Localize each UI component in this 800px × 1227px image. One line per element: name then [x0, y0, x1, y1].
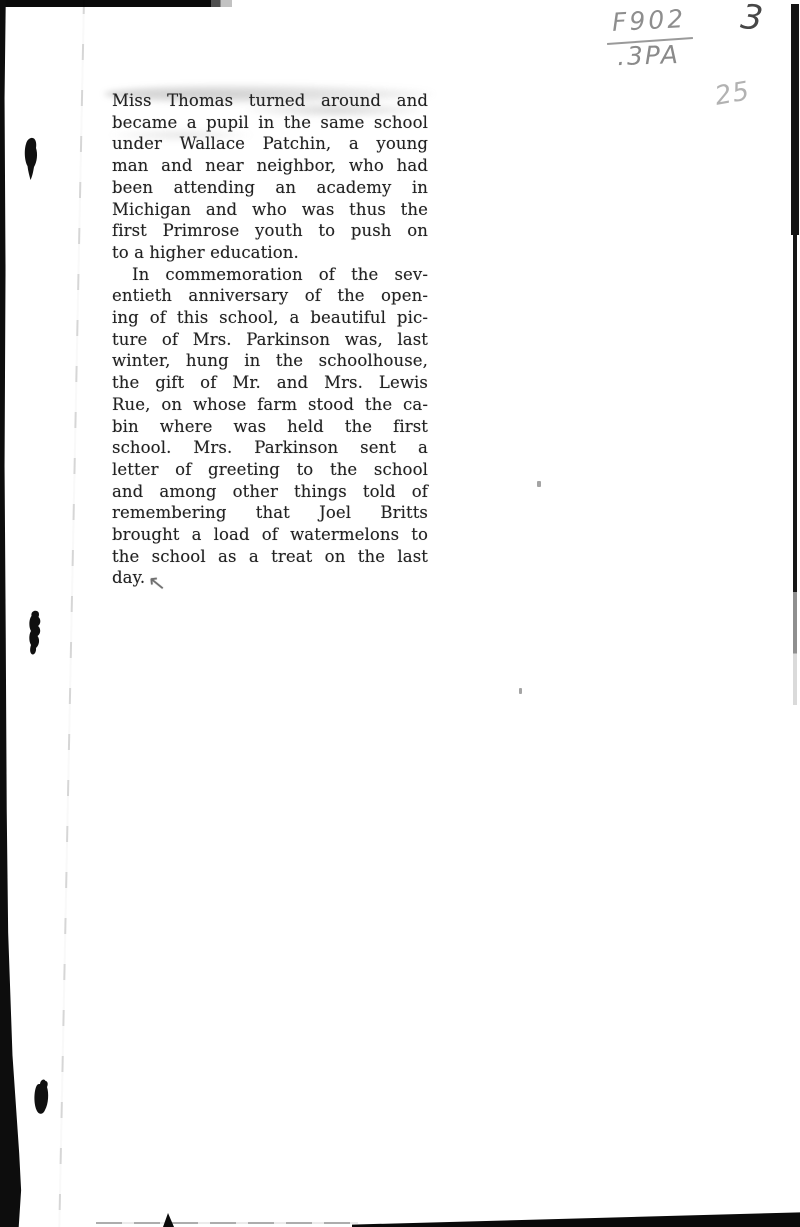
- clipping-line: ing of this school, a beautiful pic-: [112, 307, 428, 329]
- clipping-line: letter of greeting to the school: [112, 459, 428, 481]
- clipping-line: ture of Mrs. Parkinson was, last: [112, 329, 428, 351]
- clipping-line: been attending an academy in: [112, 177, 428, 199]
- ink-blob-bottom-icon: [31, 1077, 51, 1119]
- paper-speck: [537, 481, 541, 487]
- clipping-line: became a pupil in the same school: [112, 112, 428, 134]
- clipping-line: first Primrose youth to push on: [112, 220, 428, 242]
- ink-blob-top-icon: [21, 136, 41, 182]
- handwritten-page-number: 3: [739, 0, 765, 39]
- clipping-text: Miss Thomas turned around andbecame a pu…: [112, 90, 428, 589]
- scan-edge-top: [0, 0, 232, 7]
- clipping-line: remembering that Joel Britts: [112, 502, 428, 524]
- clipping-line: and among other things told of: [112, 481, 428, 503]
- clipping-line: bin where was held the first: [112, 416, 428, 438]
- clipping-line: the school as a treat on the last: [112, 546, 428, 568]
- clipping-line: Michigan and who was thus the: [112, 199, 428, 221]
- clipping-line: man and near neighbor, who had: [112, 155, 428, 177]
- handwritten-call-number: F902: [611, 4, 687, 37]
- clipping-line: under Wallace Patchin, a young: [112, 133, 428, 155]
- handwritten-class-mark: .3PA: [617, 40, 681, 71]
- clipping-line: brought a load of watermelons to: [112, 524, 428, 546]
- clipping-line: Miss Thomas turned around and: [112, 90, 428, 112]
- scan-edge-right-fade: [793, 235, 797, 705]
- clipping-line: the gift of Mr. and Mrs. Lewis: [112, 372, 428, 394]
- scan-edge-right: [791, 4, 799, 235]
- paper-speck: [519, 688, 522, 694]
- clipping-line: to a higher education.: [112, 242, 428, 264]
- clipping-line: entieth anniversary of the open-: [112, 285, 428, 307]
- clipping-line: winter, hung in the schoolhouse,: [112, 350, 428, 372]
- scan-edge-left: [0, 0, 24, 1227]
- page-bottom-crease: [96, 1222, 358, 1224]
- clipping-line: school. Mrs. Parkinson sent a: [112, 437, 428, 459]
- bottom-edge-mark: [163, 1213, 174, 1227]
- pencil-arrow-mark: ↖: [147, 570, 167, 596]
- clipping-line: In commemoration of the sev-: [112, 264, 428, 286]
- scan-edge-bottom: [352, 1210, 800, 1227]
- ink-blob-middle-icon: [26, 610, 44, 658]
- scanned-page: F902 .3PA 3 25 Miss Thomas turned around…: [0, 0, 800, 1227]
- fold-crease-line: [58, 0, 84, 1227]
- handwritten-corner-number: 25: [713, 76, 753, 112]
- clipping-line: Rue, on whose farm stood the ca-: [112, 394, 428, 416]
